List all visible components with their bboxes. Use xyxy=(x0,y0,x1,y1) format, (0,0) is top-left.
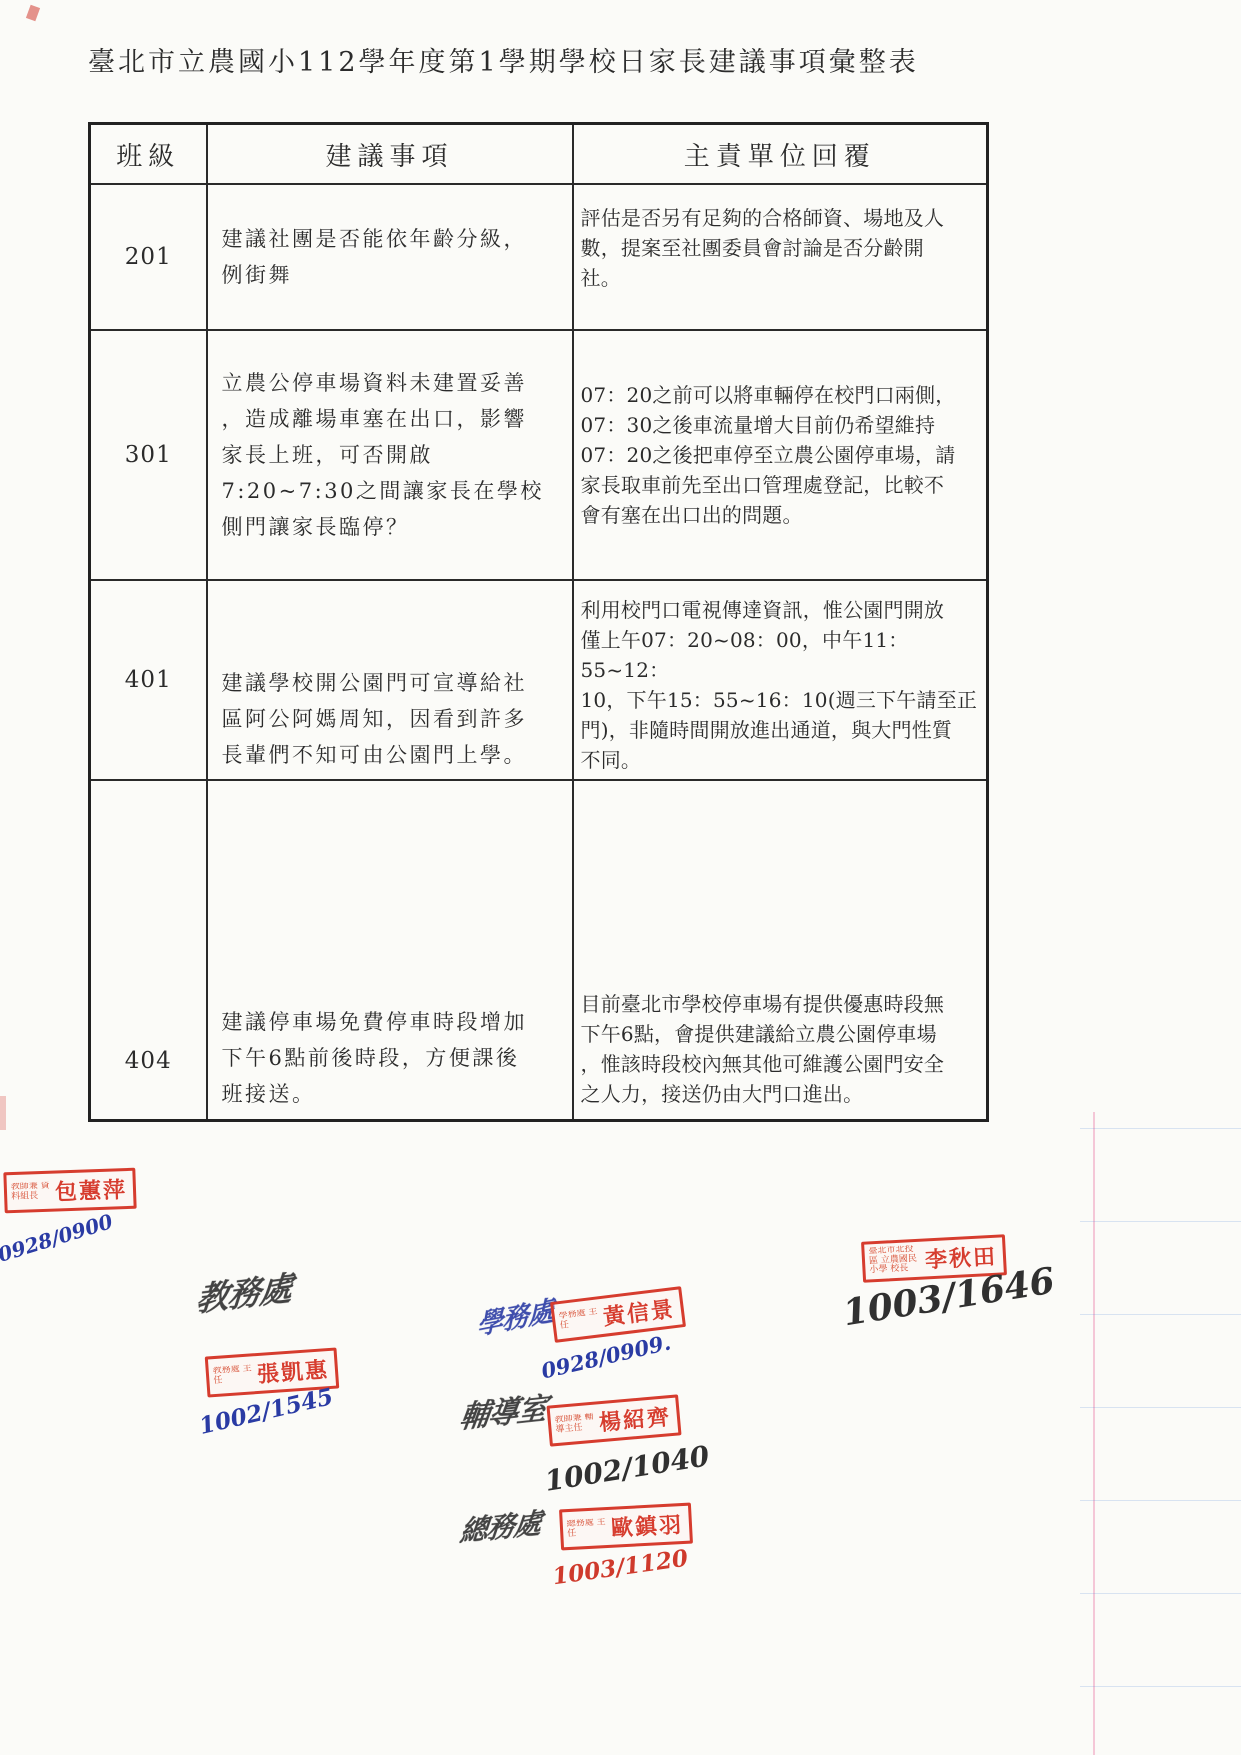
scan-artifact-red-smudge xyxy=(0,1096,6,1130)
cell-suggestion-401: 建議學校開公園門可宣導給社 區阿公阿媽周知，因看到許多 長輩們不知可由公園門上學… xyxy=(207,580,573,780)
suggestions-table: 班級 建議事項 主責單位回覆 201 建議社團是否能依年齡分級， 例街舞 評估是… xyxy=(88,122,989,1122)
cell-reply-301: 07：20之前可以將車輛停在校門口兩側， 07：30之後車流量增大目前仍希望維持… xyxy=(573,330,988,580)
handwritten-time: 1002/1040 xyxy=(542,1439,711,1498)
scan-artifact-ruled-line xyxy=(1080,1314,1241,1315)
scan-artifact-ruled-line xyxy=(1080,1593,1241,1594)
table-header-row: 班級 建議事項 主責單位回覆 xyxy=(90,124,988,185)
table-row: 404 建議停車場免費停車時段增加 下午6點前後時段，方便課後 班接送。 目前臺… xyxy=(90,780,988,1120)
cell-class-401: 401 xyxy=(90,580,207,780)
scan-artifact-pink-line xyxy=(1093,1112,1095,1755)
table-row: 201 建議社團是否能依年齡分級， 例街舞 評估是否另有足夠的合格師資、場地及人… xyxy=(90,184,988,330)
cell-suggestion-404: 建議停車場免費停車時段增加 下午6點前後時段，方便課後 班接送。 xyxy=(207,780,573,1120)
stamp-role: 教師兼 資料組長 xyxy=(11,1182,52,1202)
handwritten-office-signature: 輔導室 xyxy=(457,1383,550,1437)
stamp-name: 黃信景 xyxy=(601,1292,676,1332)
stamp-role: 教務處 主任 xyxy=(212,1364,253,1386)
stamp-role: 教師兼 輔導主任 xyxy=(554,1413,595,1435)
scan-artifact-ruled-line xyxy=(1080,1128,1241,1129)
stamp-name: 楊紹齊 xyxy=(598,1400,672,1437)
table-row: 401 建議學校開公園門可宣導給社 區阿公阿媽周知，因看到許多 長輩們不知可由公… xyxy=(90,580,988,780)
cell-class-404: 404 xyxy=(90,780,207,1120)
stamp-counseling-director: 教師兼 輔導主任 楊紹齊 xyxy=(546,1394,681,1446)
scan-artifact-ruled-line xyxy=(1080,1407,1241,1408)
cell-class-201: 201 xyxy=(90,184,207,330)
cell-reply-404: 目前臺北市學校停車場有提供優惠時段無 下午6點，會提供建議給立農公園停車場 ，惟… xyxy=(573,780,988,1120)
header-suggestion: 建議事項 xyxy=(207,124,573,185)
stamp-general-affairs-director: 總務處 主任 歐鎮羽 xyxy=(559,1503,693,1551)
stamp-name: 包蕙萍 xyxy=(54,1173,127,1206)
handwritten-time: 1003/1120 xyxy=(551,1545,690,1591)
cell-suggestion-201: 建議社團是否能依年齡分級， 例街舞 xyxy=(207,184,573,330)
cell-suggestion-301: 立農公停車場資料未建置妥善 ，造成離場車塞在出口，影響 家長上班，可否開啟 7:… xyxy=(207,330,573,580)
scan-artifact-red-mark xyxy=(26,5,40,22)
header-reply: 主責單位回覆 xyxy=(573,124,988,185)
handwritten-time: 0928/0900 xyxy=(0,1209,116,1267)
stamp-role: 總務處 主任 xyxy=(567,1518,608,1539)
scan-artifact-ruled-line xyxy=(1080,1221,1241,1222)
stamp-name: 張凱惠 xyxy=(256,1353,330,1389)
cell-class-301: 301 xyxy=(90,330,207,580)
header-class: 班級 xyxy=(90,124,207,185)
scan-artifact-ruled-line xyxy=(1080,1686,1241,1687)
stamp-name: 歐鎮羽 xyxy=(610,1508,684,1543)
page-title: 臺北市立農國小112學年度第1學期學校日家長建議事項彙整表 xyxy=(88,40,1088,79)
stamp-role: 學務處 主任 xyxy=(558,1307,600,1331)
stamp-data-chief: 教師兼 資料組長 包蕙萍 xyxy=(3,1168,136,1214)
stamp-role: 臺北市北投區 立農國民小學 校長 xyxy=(868,1245,921,1276)
handwritten-office-signature: 教務處 xyxy=(194,1262,293,1322)
scan-artifact-ruled-line xyxy=(1080,1500,1241,1501)
handwritten-office-signature: 學務處 xyxy=(476,1288,553,1342)
handwritten-office-signature: 總務處 xyxy=(458,1501,543,1550)
table-row: 301 立農公停車場資料未建置妥善 ，造成離場車塞在出口，影響 家長上班，可否開… xyxy=(90,330,988,580)
cell-reply-201: 評估是否另有足夠的合格師資、場地及人 數，提案至社團委員會討論是否分齡開 社。 xyxy=(573,184,988,330)
cell-reply-401: 利用校門口電視傳達資訊，惟公園門開放 僅上午07：20~08：00，中午11：5… xyxy=(573,580,988,780)
